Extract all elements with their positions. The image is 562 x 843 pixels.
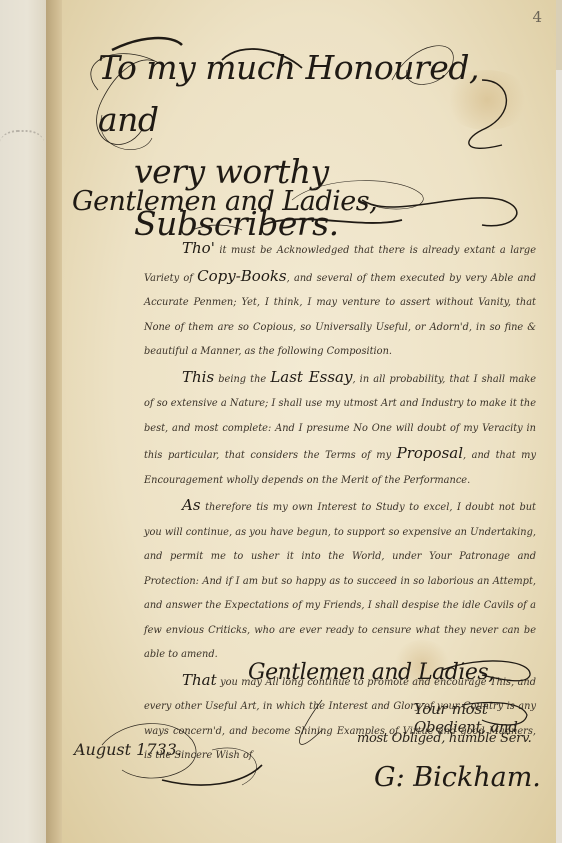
paragraph-lead-word: This <box>182 368 214 386</box>
letter-date: August 1733. <box>74 740 182 759</box>
paragraph-text: being the <box>214 374 270 385</box>
paragraph-lead-word: Tho' <box>182 239 215 257</box>
paragraph-2: This being the Last Essay, in all probab… <box>144 365 536 494</box>
paragraph-text: therefore tis my own Interest to Study t… <box>144 502 536 660</box>
next-page-edge <box>556 70 562 843</box>
manuscript-page: 4 To my much Honoured, and very worthy S… <box>62 0 556 843</box>
emphasis-proposal: Proposal <box>397 444 463 462</box>
title-line-1: To my much Honoured, and <box>98 42 518 146</box>
paragraph-lead-word: As <box>182 496 201 514</box>
signature: G: Bickham. <box>374 762 541 793</box>
closing-line-2: most Obliged, humble Serv. <box>357 731 531 746</box>
paragraph-1: Tho' it must be Acknowledged that there … <box>144 236 536 365</box>
paragraph-text: , in all probability, that I shall make … <box>144 374 536 462</box>
emphasis-last-essay: Last Essay <box>270 368 352 386</box>
salutation: Gentlemen and Ladies, <box>72 186 377 217</box>
paragraph-text: , and several of them executed by very A… <box>144 273 536 358</box>
facing-page-left <box>0 0 47 843</box>
faint-pencil-sketch <box>0 130 44 162</box>
emphasis-copy-books: Copy-Books <box>197 267 287 285</box>
closing-recipient: Gentlemen and Ladies, <box>248 660 495 685</box>
